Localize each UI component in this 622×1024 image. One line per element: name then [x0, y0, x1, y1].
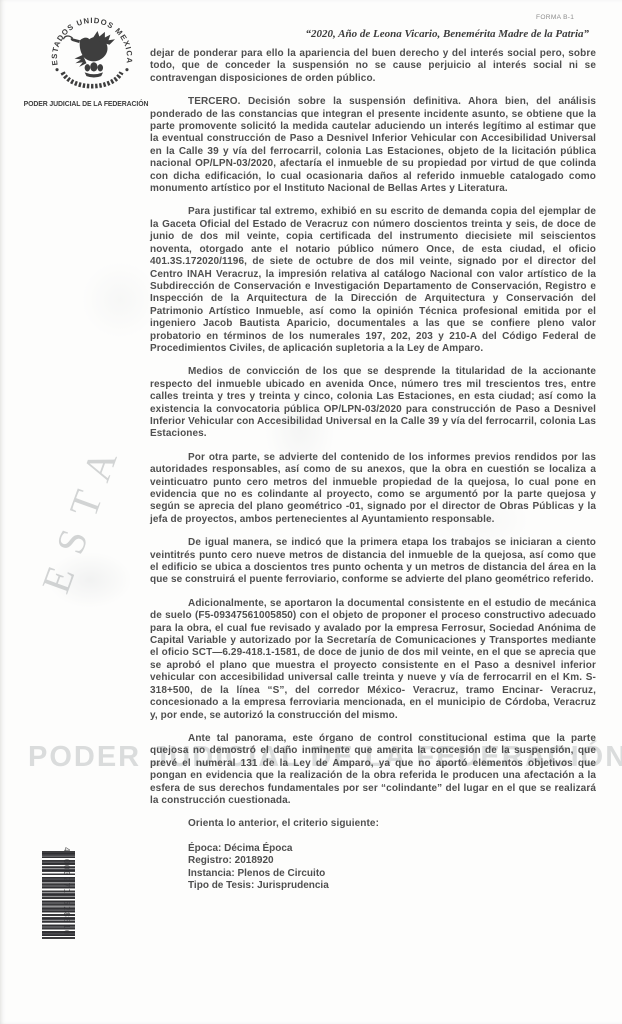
scanned-legal-document-page: PODER JUDICIAL DE LA FEDERACIÓN ESTA EST…	[0, 0, 622, 1024]
body-paragraph: Ante tal panorama, este órgano de contro…	[150, 733, 596, 807]
barcode: 4 000271 528810	[31, 845, 77, 937]
year-legend: “2020, Año de Leona Vicario, Benemérita …	[150, 28, 595, 40]
body-paragraph: dejar de ponderar para ello la aparienci…	[150, 48, 596, 85]
criteria-line-registro: Registro: 2018920	[188, 855, 596, 867]
document-body: dejar de ponderar para ello la aparienci…	[150, 48, 596, 892]
criteria-line-instancia: Instancia: Plenos de Circuito	[188, 868, 596, 880]
body-paragraph: De igual manera, se indicó que la primer…	[150, 537, 596, 587]
body-paragraph: Para justificar tal extremo, exhibió en …	[150, 206, 596, 355]
criteria-line-epoca: Época: Décima Época	[188, 843, 596, 855]
body-paragraph-tercero: TERCERO. Decisión sobre la suspensión de…	[150, 96, 596, 195]
body-paragraph: Por otra parte, se advierte del contenid…	[150, 452, 596, 526]
criteria-intro: Orienta lo anterior, el criterio siguien…	[150, 818, 596, 830]
form-number-label: FORMA B-1	[536, 14, 574, 21]
criteria-line-tipo-tesis: Tipo de Tesis: Jurisprudencia	[188, 880, 596, 892]
watermark-diagonal-esta: ESTA	[32, 428, 133, 599]
body-paragraph: Adicionalmente, se aportaron la document…	[150, 598, 596, 722]
criteria-block: Época: Décima Época Registro: 2018920 In…	[188, 843, 596, 893]
body-paragraph: Medios de convicción de los que se despr…	[150, 366, 596, 440]
mexican-coat-of-arms-icon: ESTADOS UNIDOS MEXICANOS	[46, 8, 138, 100]
institution-label: PODER JUDICIAL DE LA FEDERACIÓN	[22, 101, 150, 108]
barcode-bars	[42, 851, 75, 939]
